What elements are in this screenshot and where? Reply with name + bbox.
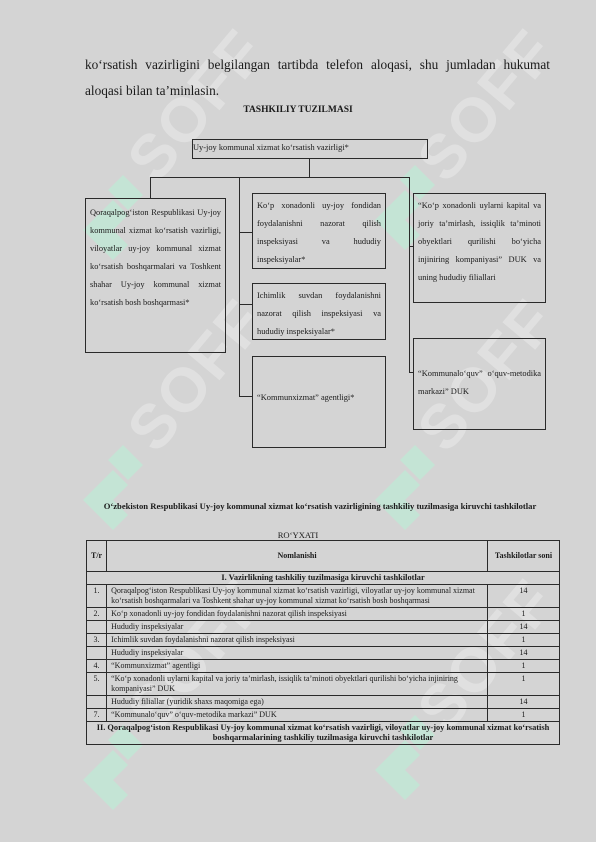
node-regional: Qoraqalpog‘iston Respublikasi Uy-joy kom… [85,198,226,353]
row-number: 4. [87,660,107,673]
row-count: 1 [488,709,560,722]
row-name: “Kommunxizmat” agentligi [107,660,488,673]
row-count: 1 [488,608,560,621]
row-name: Hududiy filiallar (yuridik shaxs maqomig… [107,696,488,709]
row-count: 14 [488,647,560,660]
section-2-title: II. Qoraqalpog‘iston Respublikasi Uy-joy… [87,722,560,745]
section-1-title: I. Vazirlikning tashkiliy tuzilmasiga ki… [87,572,560,585]
row-number: 2. [87,608,107,621]
table-row: 1.Qoraqalpog‘iston Respublikasi Uy-joy k… [87,585,560,608]
table-row: 4.“Kommunxizmat” agentligi1 [87,660,560,673]
row-count: 14 [488,585,560,608]
node-engineering: “Ko‘p xonadonli uylarni kapital va joriy… [413,193,546,303]
soff-logo-icon [370,440,440,530]
node-water-inspection: Ichimlik suvdan foydalanishni nazorat qi… [252,283,386,340]
row-name: Hududiy inspeksiyalar [107,647,488,660]
row-number: 3. [87,634,107,647]
column-header-count: Tashkilotlar soni [488,541,560,572]
row-number: 5. [87,673,107,696]
column-header-number: T/r [87,541,107,572]
list-title: O‘zbekiston Respublikasi Uy-joy kommunal… [85,501,555,512]
row-name: “Ko‘p xonadonli uylarni kapital va joriy… [107,673,488,696]
section-row: I. Vazirlikning tashkiliy tuzilmasiga ki… [87,572,560,585]
row-count: 1 [488,660,560,673]
row-count: 14 [488,696,560,709]
row-number [87,621,107,634]
row-number [87,696,107,709]
table-row: Hududiy inspeksiyalar14 [87,647,560,660]
section-row: II. Qoraqalpog‘iston Respublikasi Uy-joy… [87,722,560,745]
node-agency: “Kommunxizmat” agentligi* [252,356,386,448]
row-number: 7. [87,709,107,722]
table-row: Hududiy inspeksiyalar14 [87,621,560,634]
node-training-center: “Kommunalo‘quv” o‘quv-metodika markazi” … [413,338,546,430]
column-header-name: Nomlanishi [107,541,488,572]
row-count: 1 [488,634,560,647]
row-number: 1. [87,585,107,608]
row-count: 1 [488,673,560,696]
table-row: 7.“Kommunalo‘quv” o‘quv-metodika markazi… [87,709,560,722]
row-name: “Kommunalo‘quv” o‘quv-metodika markazi” … [107,709,488,722]
row-name: Ko‘p xonadonli uy-joy fondidan foydalani… [107,608,488,621]
table-row: 3.Ichimlik suvdan foydalanishni nazorat … [87,634,560,647]
table-row: 2.Ko‘p xonadonli uy-joy fondidan foydala… [87,608,560,621]
table-header-row: T/r Nomlanishi Tashkilotlar soni [87,541,560,572]
structure-title: TASHKILIY TUZILMASI [0,105,596,115]
row-name: Ichimlik suvdan foydalanishni nazorat qi… [107,634,488,647]
table-row: 5.“Ko‘p xonadonli uylarni kapital va jor… [87,673,560,696]
node-housing-inspection: Ko‘p xonadonli uy-joy fondidan foydalani… [252,193,386,269]
node-ministry: Uy-joy kommunal xizmat ko‘rsatish vazirl… [192,139,428,159]
organizations-table: T/r Nomlanishi Tashkilotlar soni I. Vazi… [86,540,560,745]
row-name: Hududiy inspeksiyalar [107,621,488,634]
row-number [87,647,107,660]
intro-paragraph: ko‘rsatish vazirligini belgilangan tarti… [85,52,550,104]
table-row: Hududiy filiallar (yuridik shaxs maqomig… [87,696,560,709]
soff-logo-icon [78,440,148,530]
row-count: 14 [488,621,560,634]
row-name: Qoraqalpog‘iston Respublikasi Uy-joy kom… [107,585,488,608]
list-subtitle: RO‘YXATI [0,530,596,540]
